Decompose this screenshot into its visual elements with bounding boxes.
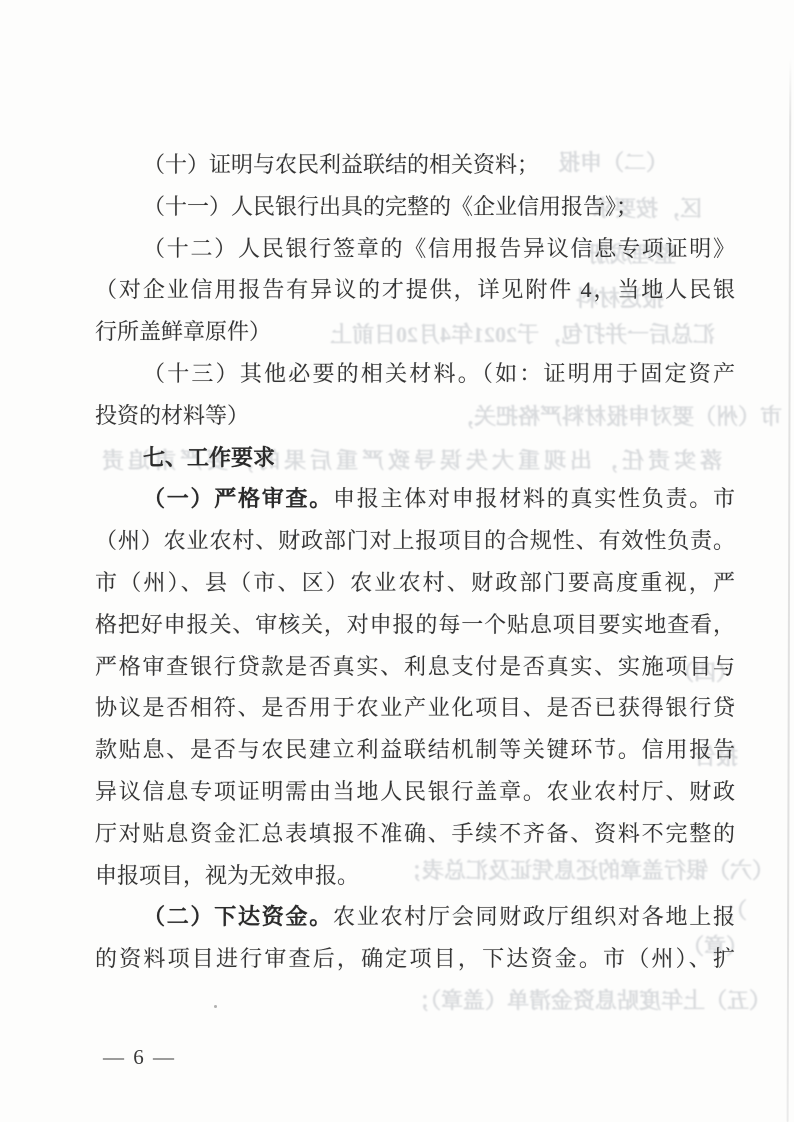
scanned-document-page: （二）申报 区，按要求 整理成册 报送材料 汇总后一并打包，于2021年4月20… <box>0 0 794 1122</box>
text-line: 异议信息专项证明需由当地人民银行盖章。农业农村厅、财政 <box>95 771 735 813</box>
line-text: 农业农村厅会同财政厅组织对各地上报 <box>333 904 735 929</box>
text-line: 行所盖鲜章原件） <box>95 311 735 353</box>
text-line: 投资的材料等） <box>95 395 735 437</box>
line-lead: （二）下达资金。 <box>143 904 333 929</box>
text-line: 厅对贴息资金汇总表填报不准确、手续不齐备、资料不完整的 <box>95 813 735 855</box>
line-text: 厅对贴息资金汇总表填报不准确、手续不齐备、资料不完整的 <box>95 821 735 846</box>
section-heading: 七、工作要求 <box>95 437 735 479</box>
line-text: 行所盖鲜章原件） <box>95 319 271 344</box>
text-line: 申报项目，视为无效申报。 <box>95 855 735 897</box>
line-lead: （一）严格审查。 <box>143 486 333 511</box>
text-line: 协议是否相符、是否用于农业产业化项目、是否已获得银行贷 <box>95 687 735 729</box>
text-line: 格把好申报关、审核关，对申报的每一个贴息项目要实地查看， <box>95 604 735 646</box>
bleedthrough-text: （五）上年度贴息资金清单（盖章）； <box>408 988 771 1014</box>
page-number: — 6 — <box>103 1042 176 1072</box>
line-lead: 七、工作要求 <box>143 445 275 470</box>
text-line: （州）农业农村、财政部门对上报项目的合规性、有效性负责。 <box>95 520 735 562</box>
text-line: 严格审查银行贷款是否真实、利息支付是否真实、实施项目与 <box>95 646 735 688</box>
line-text: 格把好申报关、审核关，对申报的每一个贴息项目要实地查看， <box>95 612 735 637</box>
text-line: （十三）其他必要的相关材料。（如：证明用于固定资产 <box>95 353 735 395</box>
text-line: （十）证明与农民利益联结的相关资料； <box>95 144 735 186</box>
text-line: （对企业信用报告有异议的才提供，详见附件 4，当地人民银 <box>95 269 735 311</box>
line-text: 申报项目，视为无效申报。 <box>95 863 359 888</box>
line-text: （十二）人民银行签章的《信用报告异议信息专项证明》 <box>143 236 735 261</box>
line-text: （州）农业农村、财政部门对上报项目的合规性、有效性负责。 <box>95 528 735 553</box>
document-body: （十）证明与农民利益联结的相关资料； （十一）人民银行出具的完整的《企业信用报告… <box>95 144 735 980</box>
text-line: 市（州）、县（市、区）农业农村、财政部门要高度重视，严 <box>95 562 735 604</box>
text-line: 款贴息、是否与农民建立利益联结机制等关键环节。信用报告 <box>95 729 735 771</box>
line-text: （十）证明与农民利益联结的相关资料； <box>143 152 539 177</box>
text-line: 的资料项目进行审查后，确定项目，下达资金。市（州）、扩 <box>95 938 735 980</box>
scan-edge-line <box>787 58 792 1122</box>
line-text: （十一）人民银行出具的完整的《企业信用报告》； <box>143 194 638 219</box>
text-line: （十二）人民银行签章的《信用报告异议信息专项证明》 <box>95 228 735 270</box>
line-text: 投资的材料等） <box>95 403 249 428</box>
line-text: （对企业信用报告有异议的才提供，详见附件 4，当地人民银 <box>95 277 735 302</box>
text-line: （一）严格审查。申报主体对申报材料的真实性负责。市 <box>95 478 735 520</box>
line-text: 严格审查银行贷款是否真实、利息支付是否真实、实施项目与 <box>95 654 735 679</box>
text-line: （十一）人民银行出具的完整的《企业信用报告》； <box>95 186 735 228</box>
ink-dot-artifact <box>214 1005 217 1008</box>
line-text: 的资料项目进行审查后，确定项目，下达资金。市（州）、扩 <box>95 946 735 971</box>
line-text: 款贴息、是否与农民建立利益联结机制等关键环节。信用报告 <box>95 737 735 762</box>
line-text: 协议是否相符、是否用于农业产业化项目、是否已获得银行贷 <box>95 695 735 720</box>
line-text: 异议信息专项证明需由当地人民银行盖章。农业农村厅、财政 <box>95 779 735 804</box>
line-text: （十三）其他必要的相关材料。（如：证明用于固定资产 <box>143 361 735 386</box>
line-text: 市（州）、县（市、区）农业农村、财政部门要高度重视，严 <box>95 570 735 595</box>
line-text: 申报主体对申报材料的真实性负责。市 <box>333 486 735 511</box>
text-line: （二）下达资金。农业农村厅会同财政厅组织对各地上报 <box>95 896 735 938</box>
